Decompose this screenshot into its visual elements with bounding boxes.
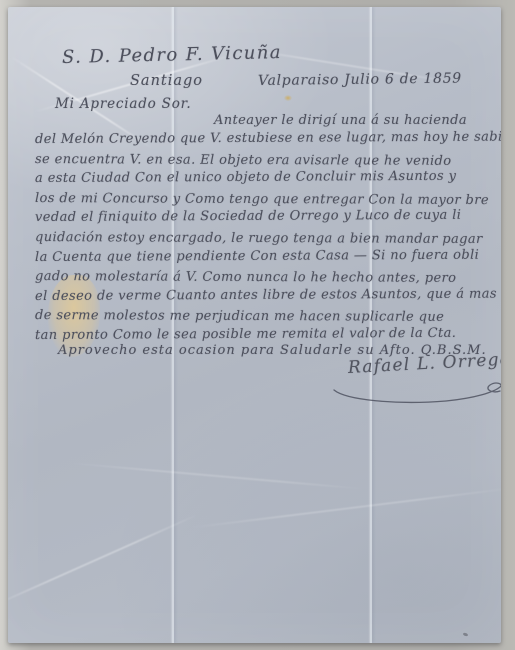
body-line: de serme molestos me perjudican me hacen… <box>35 308 444 325</box>
body-line: tan pronto Como le sea posible me remita… <box>35 326 456 343</box>
dateline: Valparaiso Julio 6 de 1859 <box>258 71 462 89</box>
vertical-fold-line-right <box>370 7 372 643</box>
paper-speck <box>463 632 469 637</box>
body-line: los de mi Concurso y Como tengo que entr… <box>35 191 489 208</box>
paper-stain-small <box>284 95 292 101</box>
signature-flourish <box>326 380 501 410</box>
opening-line: Anteayer le dirigí una á su hacienda <box>214 113 467 128</box>
body-line: del Melón Creyendo que V. estubiese en e… <box>35 129 501 147</box>
body-line: vedad el finiquito de la Sociedad de Orr… <box>35 208 461 225</box>
body-line: quidación estoy encargado, le ruego teng… <box>35 230 483 247</box>
body-line: se encuentra V. en esa. El objeto era av… <box>35 152 452 169</box>
letter-paper: S. D. Pedro F. Vicuña Santiago Valparais… <box>8 7 501 643</box>
recipient-city: Santiago <box>130 73 203 89</box>
scan-background: S. D. Pedro F. Vicuña Santiago Valparais… <box>0 0 515 650</box>
body-line: gado no molestaría á V. Como nunca lo he… <box>35 269 456 286</box>
body-line: el deseo de verme Cuanto antes libre de … <box>35 287 497 304</box>
body-line: la Cuenta que tiene pendiente Con esta C… <box>35 248 479 265</box>
paper-crease <box>8 514 199 609</box>
paper-crease <box>68 462 367 490</box>
salutation: Mi Apreciado Sor. <box>55 96 192 112</box>
body-line: a esta Ciudad Con el unico objeto de Con… <box>35 169 456 186</box>
paper-crease <box>188 487 501 529</box>
recipient-line: S. D. Pedro F. Vicuña <box>62 42 282 68</box>
